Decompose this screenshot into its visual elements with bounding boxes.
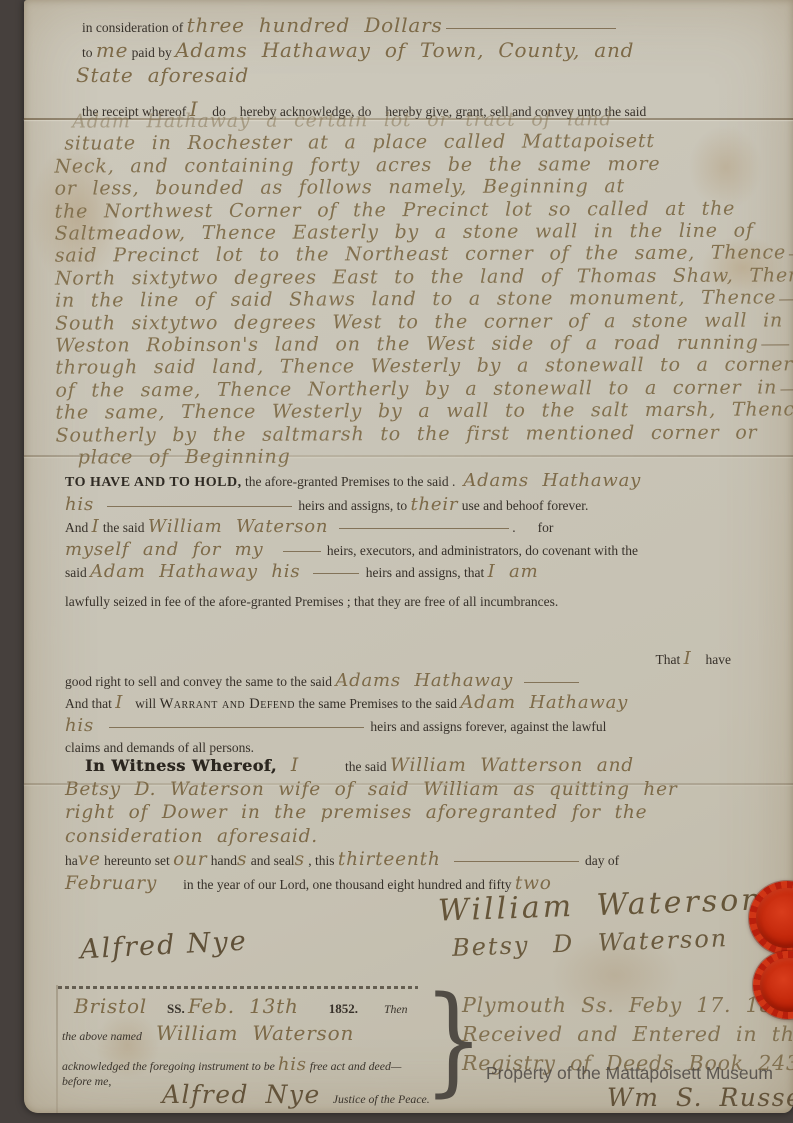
handwritten-text: place of Beginning [78, 446, 291, 469]
description-line: situate in Rochester at a place called M… [64, 131, 789, 157]
handwritten-text: our [173, 849, 207, 870]
printed-text: heirs and assigns, to [295, 498, 411, 513]
recorder-signature-line: Wm S. Russell Reg [607, 1085, 793, 1115]
handwritten-text: William Waterson [148, 516, 328, 537]
printed-text: to [82, 45, 96, 60]
description-line: Adam Hathaway a certain lot or tract of … [72, 108, 789, 134]
handwritten-text: Adam Hathaway [460, 692, 628, 713]
printed-text: TO HAVE AND TO HOLD, [65, 475, 242, 490]
handwritten-text: Adams Hathaway [335, 670, 513, 691]
ack-justice-line: Alfred NyeJustice of the Peace. [162, 1082, 430, 1112]
printed-text: Warrant and Defend [160, 696, 295, 712]
printed-text: and seal [247, 853, 294, 868]
handwritten-text: his [65, 494, 94, 515]
witness-line: consideration aforesaid. [65, 826, 777, 850]
handwritten-text: I [92, 516, 100, 537]
printed-text: in consideration of [82, 20, 187, 35]
spacer [142, 1039, 156, 1040]
spacer [358, 1012, 384, 1013]
handwritten-text: three hundred Dollars [187, 13, 443, 37]
printed-text: acknowledged the foregoing instrument to… [62, 1059, 278, 1073]
spacer [157, 888, 183, 889]
handwritten-text: situate in Rochester at a place called M… [64, 130, 655, 155]
handwritten-text: thirteenth [338, 849, 441, 870]
printed-text: heirs and assigns forever, against the l… [367, 719, 606, 734]
handwritten-text: Weston Robinson's land on the West side … [55, 332, 759, 357]
spacer [516, 531, 538, 532]
grantee-line-2: State aforesaid [76, 64, 782, 89]
handwritten-text: William Watterson and [390, 755, 634, 776]
registry-line: Plymouth Ss. Feby 17. 1852. [462, 992, 793, 1021]
handwritten-text: North sixtytwo degrees East to the land … [55, 264, 793, 289]
handwritten-text: I am [488, 561, 539, 582]
fold-crease [56, 985, 58, 1113]
printed-text: said [65, 565, 90, 580]
handwritten-text: ve [78, 849, 101, 870]
handwritten-text: me [96, 38, 128, 62]
handwritten-text: William Waterson [156, 1021, 354, 1045]
printed-text: lawfully seized in fee of the afore-gran… [65, 594, 558, 609]
handwritten-dash [313, 570, 359, 574]
printed-text: before me, [62, 1074, 111, 1088]
spacer [328, 531, 336, 532]
printed-text: SS. [167, 1001, 188, 1016]
handwritten-text: South sixtytwo degrees West to the corne… [55, 309, 783, 334]
handwritten-text: in the line of said Shaws land to a ston… [55, 287, 776, 312]
handwritten-text: Received and Entered in the [462, 1022, 793, 1046]
handwritten-text: Adam Hathaway a certain lot or tract of … [72, 108, 612, 132]
printed-text: And [65, 520, 92, 535]
printed-text: the said [100, 520, 148, 535]
printed-text: hereunto set [101, 853, 173, 868]
handwritten-text: said Precinct lot to the Northeast corne… [55, 242, 786, 267]
ack-named-line: the above namedWilliam Waterson [62, 1022, 430, 1047]
handwritten-text: s [237, 849, 247, 870]
handwritten-dash [789, 252, 793, 256]
handwritten-text: I [115, 692, 123, 713]
handwritten-text: consideration aforesaid. [65, 826, 318, 847]
printed-text: will [135, 696, 159, 711]
acknowledgment-section: BristolSS. Feb. 13th1852.Thenthe above n… [62, 994, 430, 1112]
handwritten-text: Southerly by the saltmarsh to the first … [56, 421, 758, 446]
registry-line: Received and Entered in the [462, 1021, 793, 1050]
printed-text: ha [65, 853, 78, 868]
handwritten-text: myself and for my [65, 539, 264, 560]
printed-text: for [538, 520, 554, 535]
handwritten-text: or less, bounded as follows namely, Begi… [55, 175, 625, 199]
spacer [299, 770, 345, 771]
spacer [321, 1102, 333, 1103]
covenant-line: And that Iwill Warrant and Defend the sa… [65, 692, 777, 715]
printed-text: heirs, executors, and administrators, do… [324, 543, 639, 558]
handwritten-text: I [291, 755, 299, 776]
handwritten-text: Bristol [74, 994, 147, 1018]
printed-text: the said [345, 759, 390, 774]
handwritten-text: through said land, Thence Westerly by a … [55, 354, 793, 379]
covenant-section: lawfully seized in fee of the afore-gran… [65, 591, 777, 758]
handwritten-text: State aforesaid [76, 63, 249, 87]
printed-text: Justice of the Peace. [333, 1092, 430, 1106]
handwritten-text: I [684, 648, 692, 669]
habendum-line: his heirs and assigns, to their use and … [65, 494, 777, 517]
handwritten-dash [107, 503, 292, 507]
handwritten-text: of the same, Thence Northerly by a stone… [55, 376, 777, 401]
printed-text: use and behoof forever. [458, 498, 588, 513]
witness-line: Betsy D. Waterson wife of said William a… [65, 779, 777, 803]
spacer [513, 685, 521, 686]
witness-line: right of Dower in the premises aforegran… [65, 802, 777, 826]
handwritten-text: Adam Hathaway his [90, 561, 300, 582]
description-line: Neck, and containing forty acres be the … [54, 153, 789, 179]
handwritten-text: Alfred Nye [162, 1080, 321, 1109]
habendum-line: And I the said William Waterson.for [65, 516, 777, 539]
handwritten-dash [454, 858, 579, 862]
witness-line: have hereunto set our hands and seals , … [65, 849, 777, 873]
handwritten-text: Adams Hathaway [463, 470, 641, 491]
habendum-section: TO HAVE AND TO HOLD, the afore-granted P… [65, 470, 777, 584]
covenant-line: That Ihave [65, 648, 777, 670]
handwritten-text: Saltmeadow, Thence Easterly by a stone w… [55, 220, 754, 245]
printed-text: . [512, 520, 515, 535]
printed-text: the above named [62, 1029, 142, 1043]
handwritten-text: the same, Thence Westerly by a wall to t… [55, 399, 793, 424]
ack-venue-line: BristolSS. Feb. 13th1852.Then [74, 994, 430, 1022]
handwritten-text: s [295, 849, 305, 870]
printed-text: day of [582, 853, 620, 868]
spacer [299, 1012, 329, 1013]
grantee-line: to me paid by Adams Hathaway of Town, Co… [82, 39, 782, 64]
handwritten-text: February [65, 873, 157, 894]
printed-text: the afore-granted Premises to the said . [242, 474, 456, 489]
handwritten-dash [524, 679, 579, 683]
deed-opening-section: in consideration of three hundred Dollar… [82, 14, 782, 122]
witness-line: In Witness Whereof,Ithe said William Wat… [65, 755, 777, 779]
handwritten-text: the Northwest Corner of the Precinct lot… [55, 197, 736, 222]
printed-text: have [706, 652, 731, 667]
printed-text: , this [305, 853, 338, 868]
scanned-deed-page: in consideration of three hundred Dollar… [0, 0, 793, 1123]
spacer [94, 509, 104, 510]
description-line: place of Beginning [78, 444, 791, 470]
spacer [264, 554, 280, 555]
land-description-section: Adam Hathaway a certain lot or tract of … [54, 108, 791, 470]
spacer [300, 576, 310, 577]
printed-text: And that [65, 696, 115, 711]
habendum-line: myself and for my heirs, executors, and … [65, 539, 777, 562]
handwritten-text: Feb. 13th [188, 994, 299, 1018]
watermark: Property of the Mattapoisett Museum [486, 1063, 773, 1084]
printed-text: Then [384, 1002, 408, 1016]
printed-text: the same Premises to the said [295, 696, 460, 711]
covenant-line: lawfully seized in fee of the afore-gran… [65, 591, 777, 612]
registry-record-section: Plymouth Ss. Feby 17. 1852.Received and … [462, 992, 793, 1115]
covenant-line: his heirs and assigns forever, against t… [65, 715, 777, 737]
spacer [441, 864, 451, 865]
spacer [123, 707, 135, 708]
handwritten-dash [109, 724, 364, 728]
handwritten-text: his [65, 715, 94, 736]
handwritten-dash [780, 386, 793, 390]
printed-text: hand [207, 853, 237, 868]
ack-box-border [58, 986, 418, 989]
habendum-line: said Adam Hathaway his heirs and assigns… [65, 561, 777, 584]
spacer [94, 730, 106, 731]
printed-text: good right to sell and convey the same t… [65, 674, 335, 689]
printed-text: 1852. [329, 1001, 358, 1016]
handwritten-dash [762, 341, 790, 345]
printed-text: free act and deed— [307, 1059, 402, 1073]
handwritten-text: their [411, 494, 459, 515]
printed-text: paid by [128, 45, 175, 60]
printed-text: In Witness Whereof, [85, 756, 277, 775]
handwritten-dash [779, 297, 793, 301]
handwritten-text: Wm S. Russell Reg [607, 1083, 793, 1112]
spacer [147, 1012, 167, 1013]
printed-text: heirs and assigns, that [362, 565, 487, 580]
handwritten-text: Betsy D. Waterson wife of said William a… [65, 779, 678, 800]
handwritten-text: Neck, and containing forty acres be the … [54, 153, 660, 178]
handwritten-text: right of Dower in the premises aforegran… [65, 802, 647, 823]
witness-clause-section: In Witness Whereof,Ithe said William Wat… [65, 755, 777, 896]
habendum-line: TO HAVE AND TO HOLD, the afore-granted P… [65, 470, 777, 494]
handwritten-dash [446, 25, 616, 29]
printed-text: in the year of our Lord, one thousand ei… [183, 877, 515, 892]
printed-text: claims and demands of all persons. [65, 740, 254, 755]
handwritten-dash [339, 525, 509, 529]
covenant-line: good right to sell and convey the same t… [65, 670, 777, 692]
spacer [692, 663, 706, 664]
spacer [277, 770, 291, 771]
consideration-line: in consideration of three hundred Dollar… [82, 14, 782, 39]
handwritten-text: Adams Hathaway of Town, County, and [175, 38, 634, 62]
handwritten-text: Plymouth Ss. Feby 17. 1852. [462, 993, 793, 1017]
description-line: Southerly by the saltmarsh to the first … [56, 422, 791, 448]
ack-body-line: acknowledged the foregoing instrument to… [62, 1057, 430, 1074]
handwritten-dash [283, 548, 321, 552]
printed-text: That [655, 652, 683, 667]
handwritten-text: his [278, 1054, 307, 1075]
